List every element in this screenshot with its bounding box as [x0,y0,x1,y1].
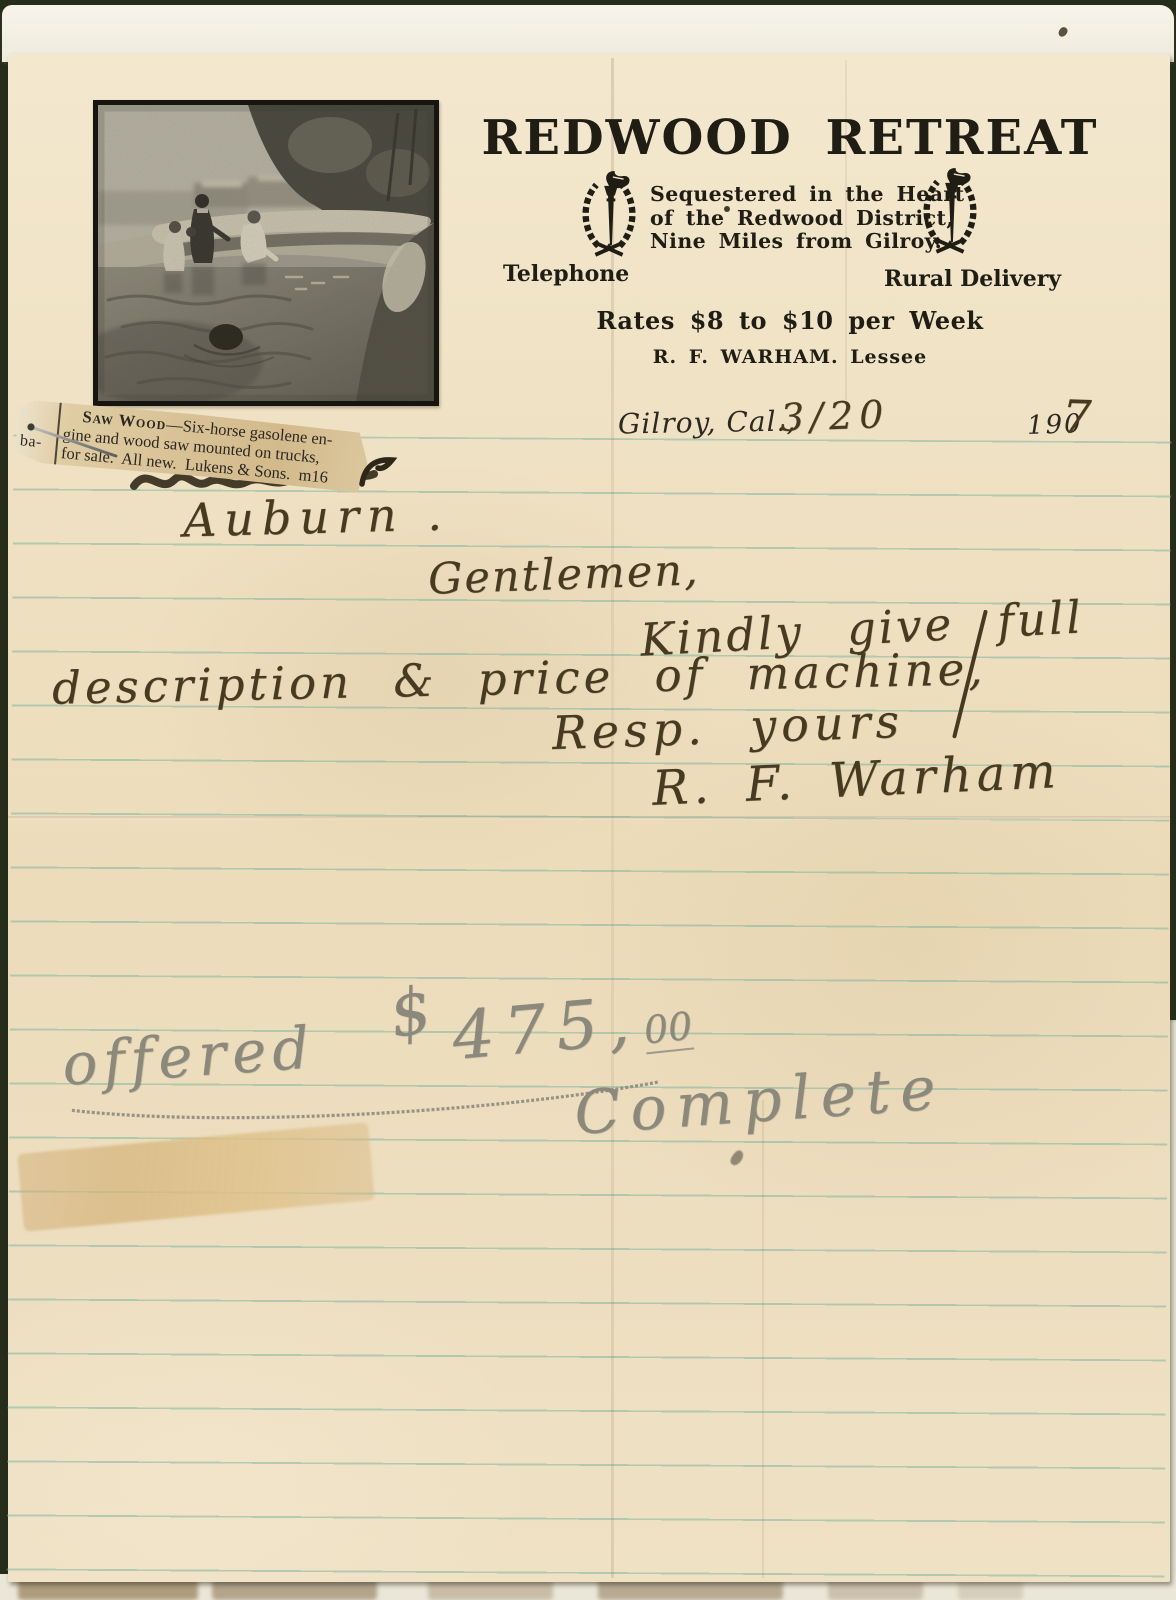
creek-bathers-photo [93,100,439,406]
letter-salutation: Gentlemen, [427,545,700,604]
creek-photo-illustration [98,105,434,401]
pencil-amount: 475, [449,982,642,1075]
straight-pin-icon [24,418,124,462]
torch-wreath-icon-left [575,168,643,260]
tagline-line-2: of the Redwood District, [650,207,964,231]
tagline-line-3: Nine Miles from Gilroy. [650,230,964,254]
rural-delivery-label: Rural Delivery [884,266,1061,292]
horizontal-fold-crease [8,816,1170,820]
dateline-place: Gilroy, Cal., [618,404,797,440]
letterhead-tagline: Sequestered in the Heart of the Redwood … [650,183,964,254]
tagline-line-1: Sequestered in the Heart [650,183,964,207]
dateline-year-handwritten: 7 [1061,390,1092,445]
telephone-label: Telephone [503,261,629,287]
letter-addressee: Auburn . [182,487,450,548]
vertical-fold-crease-lower [762,1100,764,1578]
lessee-line: R. F. WARHAM. Lessee [490,346,1090,368]
dateline-handwritten-date: 3/20 [779,392,890,440]
page-title: REDWOOD RETREAT [400,110,1176,166]
scanned-letter: REDWOOD RETREAT Sequestered in th [0,0,1176,1600]
rates-line: Rates $8 to $10 per Week [490,306,1090,335]
pencil-cents: 00 [642,1004,695,1055]
